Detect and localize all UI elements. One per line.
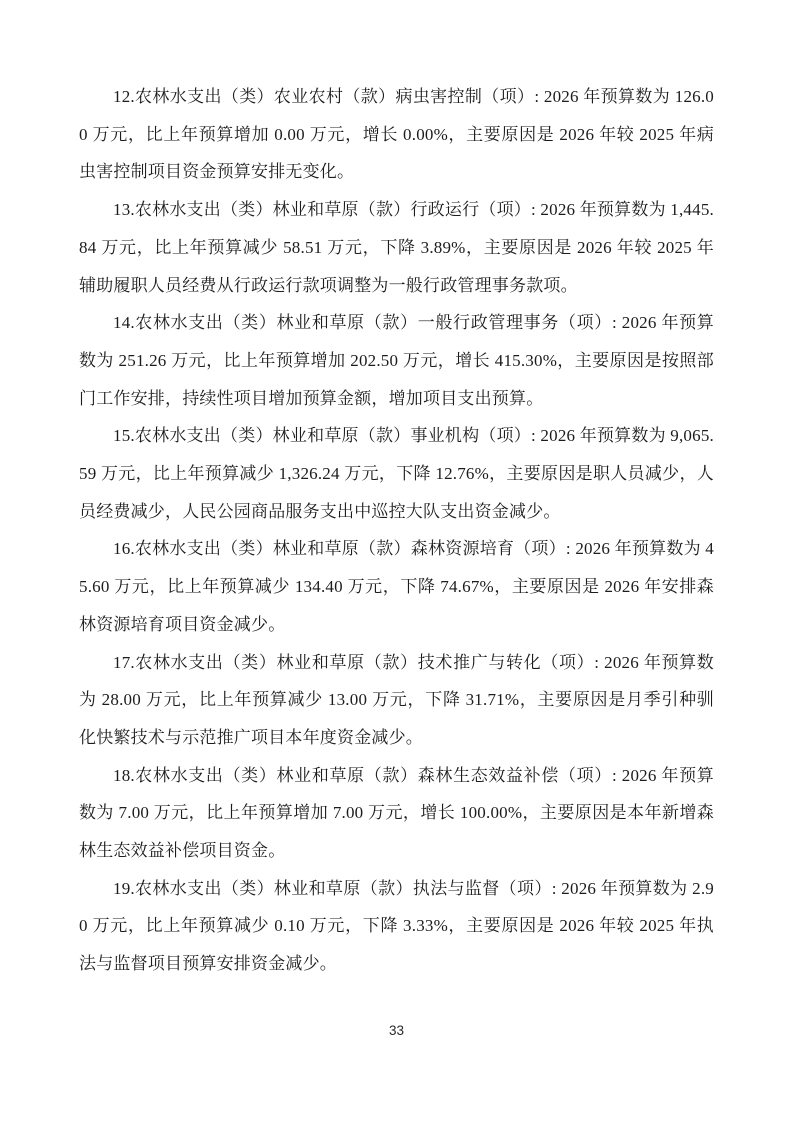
document-page: 12.农林水支出（类）农业农村（款）病虫害控制（项）: 2026 年预算数为 1… — [0, 0, 793, 1122]
paragraph-13: 13.农林水支出（类）林业和草原（款）行政运行（项）: 2026 年预算数为 1… — [79, 191, 714, 304]
paragraph-16: 16.农林水支出（类）林业和草原（款）森林资源培育（项）: 2026 年预算数为… — [79, 530, 714, 643]
body-text: 12.农林水支出（类）农业农村（款）病虫害控制（项）: 2026 年预算数为 1… — [79, 78, 714, 983]
paragraph-15: 15.农林水支出（类）林业和草原（款）事业机构（项）: 2026 年预算数为 9… — [79, 417, 714, 530]
paragraph-18: 18.农林水支出（类）林业和草原（款）森林生态效益补偿（项）: 2026 年预算… — [79, 757, 714, 870]
paragraph-14: 14.农林水支出（类）林业和草原（款）一般行政管理事务（项）: 2026 年预算… — [79, 304, 714, 417]
page-footer: 33 — [0, 1022, 793, 1040]
paragraph-17: 17.农林水支出（类）林业和草原（款）技术推广与转化（项）: 2026 年预算数… — [79, 644, 714, 757]
paragraph-12: 12.农林水支出（类）农业农村（款）病虫害控制（项）: 2026 年预算数为 1… — [79, 78, 714, 191]
paragraph-19: 19.农林水支出（类）林业和草原（款）执法与监督（项）: 2026 年预算数为 … — [79, 870, 714, 983]
page-number: 33 — [389, 1023, 404, 1038]
